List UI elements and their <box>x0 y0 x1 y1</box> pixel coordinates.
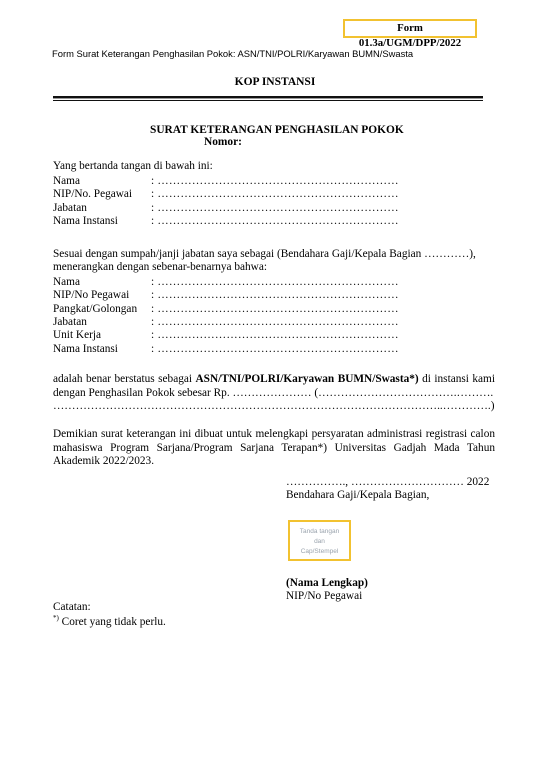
letter-title: SURAT KETERANGAN PENGHASILAN POKOK <box>150 124 404 136</box>
signature-date-line: ……………., ………………………… 2022 <box>286 476 489 488</box>
signature-nip: NIP/No Pegawai <box>286 590 362 602</box>
signature-name: (Nama Lengkap) <box>286 577 368 589</box>
notes-text: Coret yang tidak perlu. <box>59 616 166 628</box>
field-label: Pangkat/Golongan <box>53 302 137 316</box>
field-label: Nama <box>53 275 80 289</box>
field-value-blank[interactable]: : ……………………………………………………… <box>151 201 399 215</box>
field-value-blank[interactable]: : ……………………………………………………… <box>151 328 399 342</box>
stamp-line-1: Tanda tangan <box>290 527 349 537</box>
field-value-blank[interactable]: : ……………………………………………………… <box>151 315 399 329</box>
notes-heading: Catatan: <box>53 601 91 613</box>
field-value-blank[interactable]: : ……………………………………………………… <box>151 288 399 302</box>
field-label: Nama <box>53 174 80 188</box>
letterhead-rule-gap <box>53 98 483 99</box>
field-label: NIP/No Pegawai <box>53 288 129 302</box>
field-value-blank[interactable]: : ……………………………………………………… <box>151 275 399 289</box>
oath-line-1: Sesuai dengan sumpah/janji jabatan saya … <box>53 248 476 260</box>
field-label: NIP/No. Pegawai <box>53 187 132 201</box>
status-paragraph: adalah benar berstatus sebagai ASN/TNI/P… <box>53 373 495 414</box>
field-value-blank[interactable]: : ……………………………………………………… <box>151 187 399 201</box>
field-label: Jabatan <box>53 315 87 329</box>
status-post: di instansi kami <box>419 373 495 385</box>
income-line-2: …………………………………………………………………………………………..…………… <box>53 400 495 414</box>
status-pre: adalah benar berstatus sebagai <box>53 373 196 385</box>
income-line: dengan Penghasilan Pokok sebesar Rp. ………… <box>53 387 495 401</box>
form-code-badge: Form 01.3a/UGM/DPP/2022 <box>343 19 477 38</box>
field-value-blank[interactable]: : ……………………………………………………… <box>151 302 399 316</box>
stamp-line-3: Cap/Stempel <box>290 547 349 557</box>
stamp-line-2: dan <box>290 537 349 547</box>
notes-item: *) Coret yang tidak perlu. <box>53 614 166 628</box>
signature-role: Bendahara Gaji/Kepala Bagian, <box>286 489 429 501</box>
field-label: Nama Instansi <box>53 342 118 356</box>
letter-number: Nomor: <box>204 136 242 148</box>
field-label: Unit Kerja <box>53 328 101 342</box>
closing-paragraph: Demikian surat keterangan ini dibuat unt… <box>53 428 495 469</box>
signature-stamp-box: Tanda tangan dan Cap/Stempel <box>288 520 351 561</box>
field-label: Jabatan <box>53 201 87 215</box>
oath-line-2: menerangkan dengan sebenar-benarnya bahw… <box>53 261 267 273</box>
field-value-blank[interactable]: : ……………………………………………………… <box>151 174 399 188</box>
field-value-blank[interactable]: : ……………………………………………………… <box>151 342 399 356</box>
status-bold: ASN/TNI/POLRI/Karyawan BUMN/Swasta*) <box>196 373 419 385</box>
field-value-blank[interactable]: : ……………………………………………………… <box>151 214 399 228</box>
kop-instansi: KOP INSTANSI <box>0 76 550 88</box>
field-label: Nama Instansi <box>53 214 118 228</box>
form-subtitle: Form Surat Keterangan Penghasilan Pokok:… <box>52 48 413 59</box>
intro-text: Yang bertanda tangan di bawah ini: <box>53 160 213 172</box>
